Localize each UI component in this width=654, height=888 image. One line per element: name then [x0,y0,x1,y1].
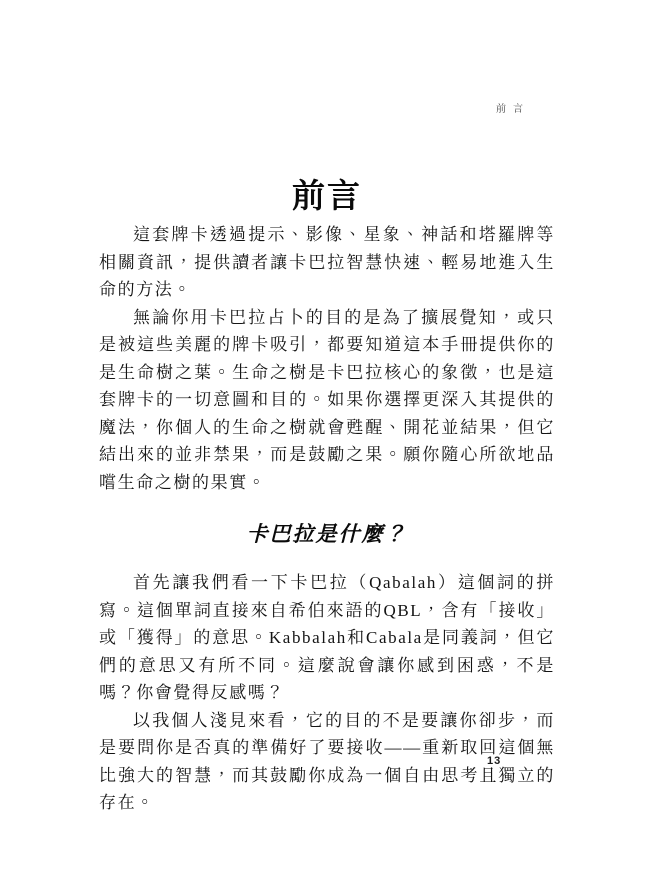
section-heading: 卡巴拉是什麼？ [99,518,555,548]
book-page: 前言 前言 這套牌卡透過提示、影像、星象、神話和塔羅牌等相關資訊，提供讀者讓卡巴… [0,0,654,888]
paragraph: 這套牌卡透過提示、影像、星象、神話和塔羅牌等相關資訊，提供讀者讓卡巴拉智慧快速、… [99,221,555,304]
paragraph: 首先讓我們看一下卡巴拉（Qabalah）這個詞的拼寫。這個單詞直接來自希伯來語的… [99,569,555,707]
chapter-title: 前言 [0,170,654,217]
text-block: 這套牌卡透過提示、影像、星象、神話和塔羅牌等相關資訊，提供讀者讓卡巴拉智慧快速、… [99,221,555,817]
paragraph: 無論你用卡巴拉占卜的目的是為了擴展覺知，或只是被這些美麗的牌卡吸引，都要知道這本… [99,304,555,497]
page-number: 13 [487,755,501,767]
running-header: 前言 [496,100,530,115]
